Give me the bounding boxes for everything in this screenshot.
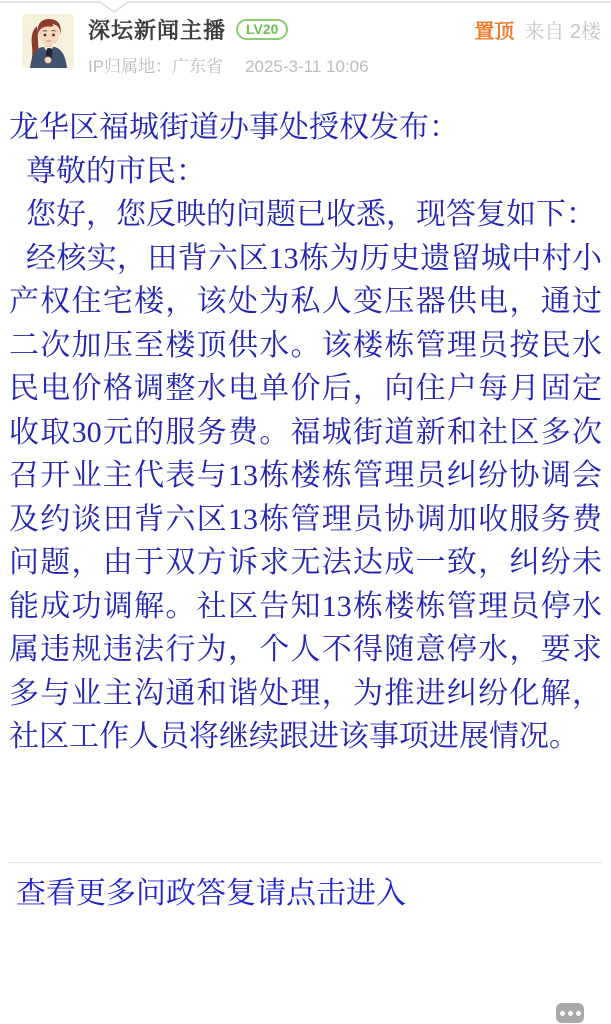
user-level-badge: LV20 bbox=[236, 19, 288, 40]
ellipsis-dot-icon bbox=[576, 1011, 581, 1016]
post-header: 深坛新闻主播 LV20 置顶 来自 2楼 IP归属地：广东省 2025-3-11… bbox=[0, 0, 611, 77]
more-options-button[interactable] bbox=[556, 1003, 584, 1023]
post-flags: 置顶 来自 2楼 bbox=[474, 15, 601, 44]
header-main: 深坛新闻主播 LV20 置顶 来自 2楼 IP归属地：广东省 2025-3-11… bbox=[74, 14, 601, 77]
post-timestamp: 2025-3-11 10:06 bbox=[245, 57, 369, 77]
ellipsis-dot-icon bbox=[560, 1011, 565, 1016]
pinned-badge: 置顶 bbox=[474, 15, 514, 44]
post-paragraph: 龙华区福城街道办事处授权发布： bbox=[9, 106, 602, 150]
avatar[interactable] bbox=[22, 14, 74, 68]
footer-divider bbox=[9, 862, 602, 863]
ip-location-label: IP归属地：广东省 bbox=[88, 52, 223, 77]
post-paragraph: 您好，您反映的问题已收悉，现答复如下： bbox=[9, 193, 602, 237]
meta-row: IP归属地：广东省 2025-3-11 10:06 bbox=[88, 52, 601, 77]
username-row: 深坛新闻主播 LV20 置顶 来自 2楼 bbox=[88, 14, 601, 45]
forum-post-view: 深坛新闻主播 LV20 置顶 来自 2楼 IP归属地：广东省 2025-3-11… bbox=[0, 0, 611, 1024]
username[interactable]: 深坛新闻主播 bbox=[88, 14, 226, 45]
ellipsis-dot-icon bbox=[568, 1011, 573, 1016]
floor-source-label: 来自 2楼 bbox=[524, 15, 601, 44]
post-paragraph: 尊敬的市民： bbox=[9, 150, 602, 194]
more-replies-link[interactable]: 查看更多问政答复请点击进入 bbox=[16, 874, 406, 914]
news-anchor-avatar-image bbox=[22, 14, 74, 68]
post-content: 龙华区福城街道办事处授权发布： 尊敬的市民： 您好，您反映的问题已收悉，现答复如… bbox=[0, 106, 611, 759]
post-paragraph: 经核实，田背六区13栋为历史遗留城中村小产权住宅楼，该处为私人变压器供电，通过二… bbox=[9, 237, 602, 759]
